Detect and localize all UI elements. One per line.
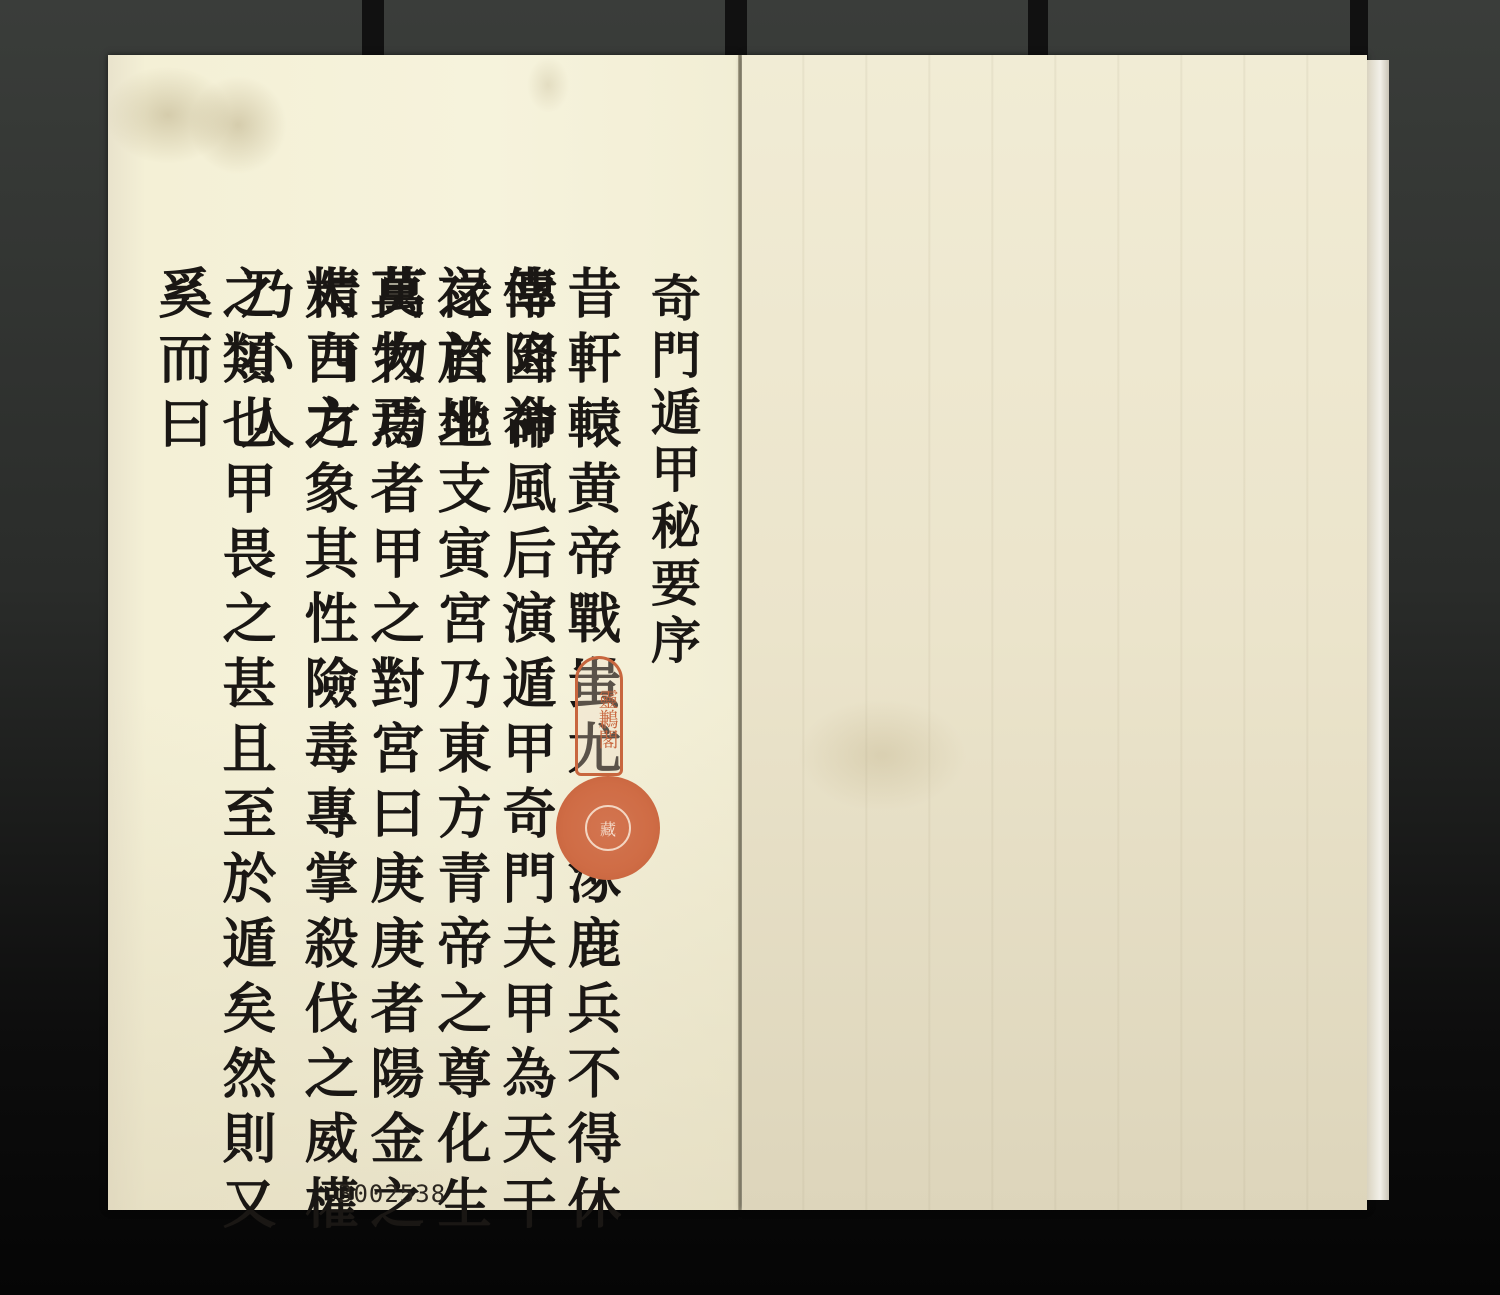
right-page [742,55,1367,1210]
catalog-number: 3002538 [338,1180,446,1208]
text-column-6: 之類也甲畏之甚且至於遁矣然則又奚而曰 [150,265,278,1295]
round-seal-center: 藏 [585,805,631,851]
round-seal: 藏 [556,776,660,880]
preface-title: 奇門遁甲秘要序 [640,272,704,671]
background-bar [362,0,384,60]
background-bar [1350,0,1368,60]
background-bar [1028,0,1048,60]
oval-seal: 靈鶼閣 [575,656,623,776]
background-bar [725,0,747,60]
page-edge [1367,60,1389,1200]
